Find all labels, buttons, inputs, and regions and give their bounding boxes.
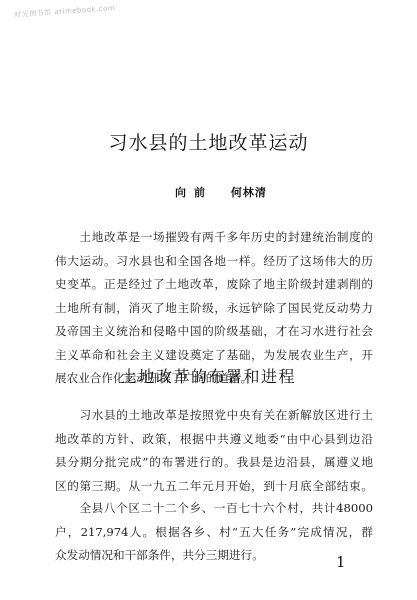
section-heading: 土地改革的布署和进程 [0, 364, 417, 387]
text-line: 土地改革是一场摧毁有两千多年历史的封建统治制度的 [55, 226, 373, 250]
author-name: 何林清 [231, 184, 267, 200]
text-line: 全县八个区二十二个乡、一百七十六个村，共计48000 [55, 497, 373, 521]
text-line: 史变革。正是经过了土地改革，废除了地主阶级封建剥削的 [55, 273, 373, 297]
authors: 向前 何林清 [175, 184, 267, 200]
page-number: 1 [336, 553, 346, 571]
text-line: 土地所有制，消灭了地主阶级，永远铲除了国民党反动势力 [55, 297, 373, 321]
text-line: 习水县的土地改革是按照党中央有关在新解放区进行土 [55, 404, 373, 428]
text-line: 区的第三期。从一九五二年元月开始，到十月底全部结束。 [55, 475, 373, 499]
section-paragraph: 习水县的土地改革是按照党中央有关在新解放区进行土 地改革的方针、政策，根据中共遵… [55, 404, 373, 498]
text-line: 户，217,974人。根据各乡、村“五大任务”完成情况，群 [55, 521, 373, 545]
text-line: 县分期分批完成”的布署进行的。我县是边沿县，属遵义地 [55, 451, 373, 475]
text-line: 众发动情况和干部条件，共分三期进行。 [55, 544, 373, 568]
text-line: 地改革的方针、政策，根据中共遵义地委“由中心县到边沿 [55, 428, 373, 452]
author-name: 向前 [175, 184, 213, 200]
article-title: 习水县的土地改革运动 [0, 128, 417, 155]
watermark: 时光图书馆 atimebook.com [14, 3, 116, 20]
text-line: 及帝国主义统治和侵略中国的阶级基础，才在习水进行社会 [55, 320, 373, 344]
section-paragraph: 全县八个区二十二个乡、一百七十六个村，共计48000 户，217,974人。根据… [55, 497, 373, 568]
text-line: 伟大运动。习水县也和全国各地一样。经历了这场伟大的历 [55, 250, 373, 274]
